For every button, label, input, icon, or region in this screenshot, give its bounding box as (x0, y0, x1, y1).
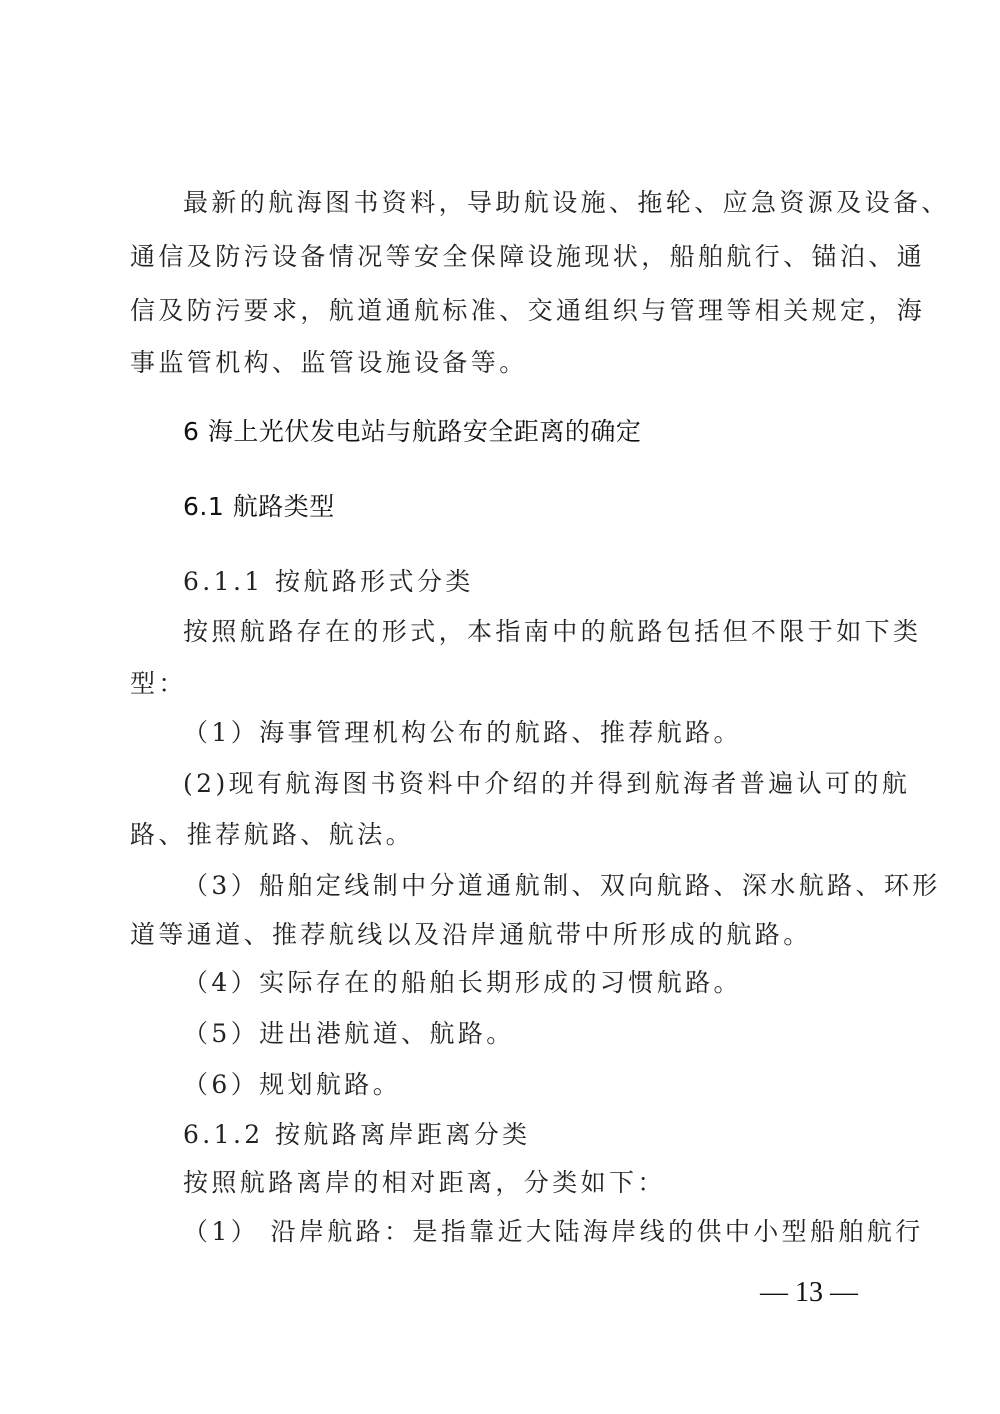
paragraph-line: 通信及防污设备情况等安全保障设施现状，船舶航行、锚泊、通 (130, 237, 925, 273)
list-item: （5）进出港航道、航路。 (183, 1014, 515, 1050)
paragraph-line: 最新的航海图书资料，导助航设施、拖轮、应急资源及设备、 (183, 183, 950, 219)
clause-title: 6.1.2 按航路离岸距离分类 (183, 1115, 531, 1151)
list-item: 路、推荐航路、航法。 (130, 815, 414, 851)
clause-intro: 按照航路离岸的相对距离，分类如下： (183, 1163, 666, 1199)
clause-title: 6.1.1 按航路形式分类 (183, 562, 474, 598)
page-number: — 13 — (760, 1277, 858, 1309)
section-heading: 6 海上光伏发电站与航路安全距离的确定 (183, 412, 641, 448)
paragraph-line: 信及防污要求，航道通航标准、交通组织与管理等相关规定，海 (130, 291, 925, 327)
clause-intro: 型： (130, 664, 187, 700)
list-item: （1）海事管理机构公布的航路、推荐航路。 (183, 713, 742, 749)
list-item: (2)现有航海图书资料中介绍的并得到航海者普遍认可的航 (183, 764, 910, 800)
paragraph-line: 事监管机构、监管设施设备等。 (130, 343, 528, 379)
subsection-heading: 6.1 航路类型 (183, 487, 335, 523)
clause-intro: 按照航路存在的形式，本指南中的航路包括但不限于如下类 (183, 612, 921, 648)
list-item: （3）船舶定线制中分道通航制、双向航路、深水航路、环形 (183, 866, 941, 902)
list-item: （6）规划航路。 (183, 1065, 401, 1101)
list-item: 道等通道、推荐航线以及沿岸通航带中所形成的航路。 (130, 915, 812, 951)
list-item: （4）实际存在的船舶长期形成的习惯航路。 (183, 963, 742, 999)
list-item: （1） 沿岸航路：是指靠近大陆海岸线的供中小型船舶航行 (183, 1212, 924, 1248)
